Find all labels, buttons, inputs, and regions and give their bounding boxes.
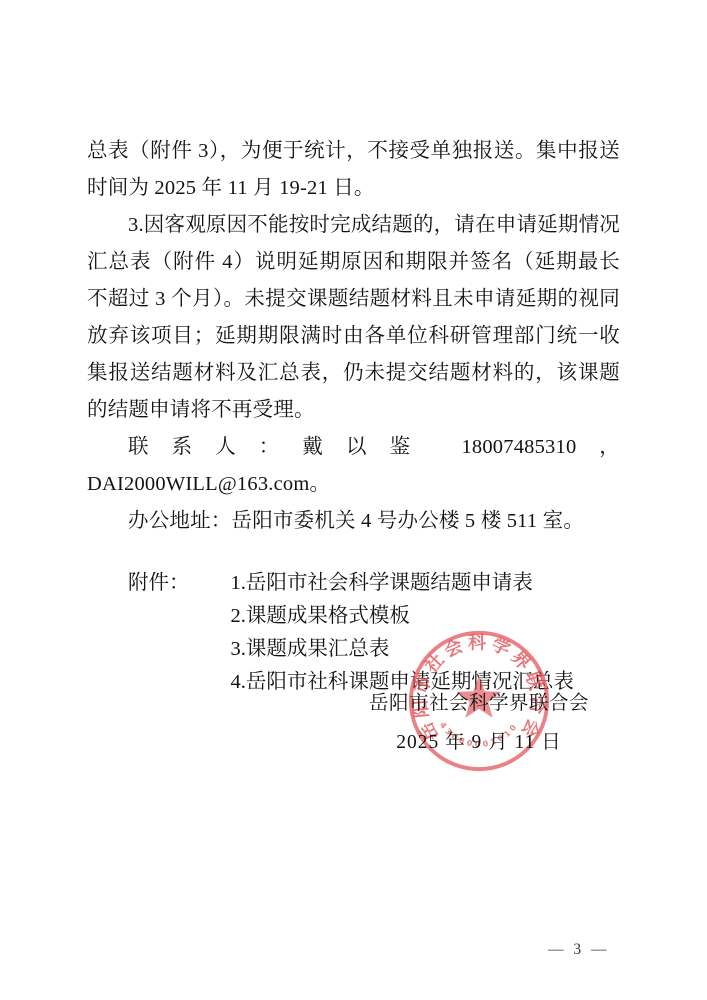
document-body: 总表（附件 3），为便于统计，不接受单独报送。集中报送时间为 2025 年 11… [87,133,620,699]
attachment-item-2: 2.课题成果格式模板 [190,600,574,633]
page-number: — 3 — [548,941,610,959]
contact-line: 联系人：戴以鉴 18007485310，DAI2000WILL@163.com。 [87,429,620,503]
address-line: 办公地址：岳阳市委机关 4 号办公楼 5 楼 511 室。 [87,503,620,540]
attachment-item-3: 3.课题成果汇总表 [190,633,574,666]
signature-organization: 岳阳市社会科学界联合会 [338,692,620,716]
document-page: 总表（附件 3），为便于统计，不接受单独报送。集中报送时间为 2025 年 11… [0,0,707,1000]
attachments-section: 附件： 1.岳阳市社会科学课题结题申请表 2.课题成果格式模板 3.课题成果汇总… [87,567,620,699]
signature-block: 岳阳市社会科学界联合会 2025 年 9 月 11 日 [338,692,620,755]
attachments-list: 1.岳阳市社会科学课题结题申请表 2.课题成果格式模板 3.课题成果汇总表 4.… [190,567,574,699]
attachments-label: 附件： [87,567,190,699]
signature-date: 2025 年 9 月 11 日 [338,731,620,755]
paragraph-report-deadline: 总表（附件 3），为便于统计，不接受单独报送。集中报送时间为 2025 年 11… [87,133,620,207]
attachment-item-1: 1.岳阳市社会科学课题结题申请表 [190,567,574,600]
paragraph-extension-rules: 3.因客观原因不能按时完成结题的，请在申请延期情况汇总表（附件 4）说明延期原因… [87,207,620,429]
